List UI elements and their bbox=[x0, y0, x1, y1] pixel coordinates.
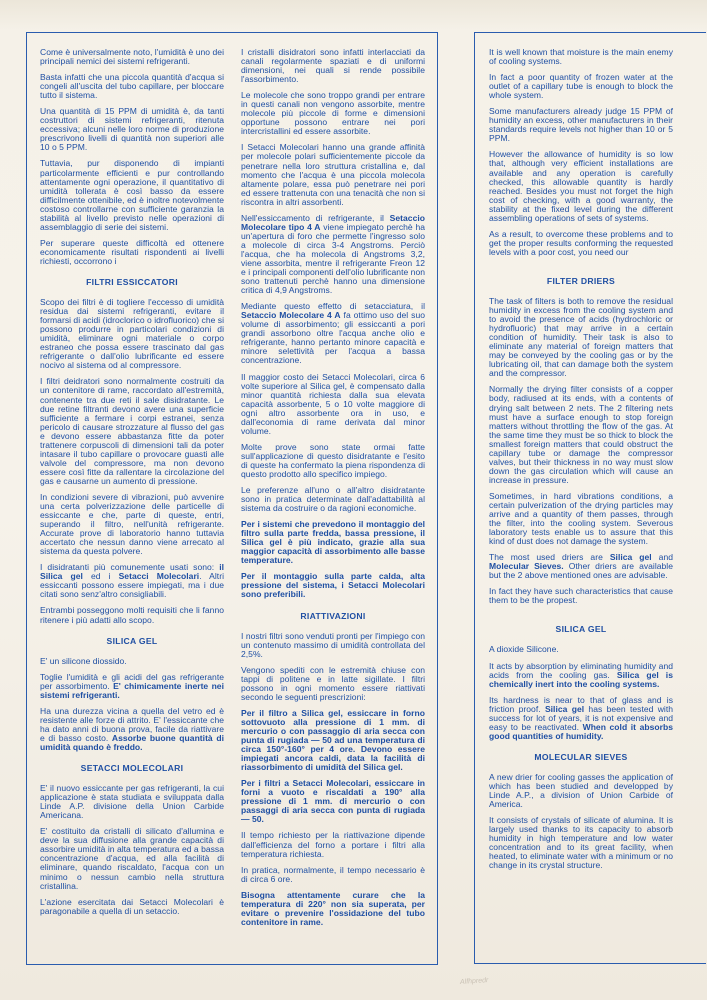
emphasis-text: Silica gel bbox=[610, 552, 652, 562]
paragraph: In pratica, normalmente, il tempo necess… bbox=[241, 866, 425, 884]
paragraph: I cristalli disidratori sono infatti int… bbox=[241, 48, 425, 84]
paragraph: Toglie l'umidità e gli acidi del gas ref… bbox=[40, 673, 224, 700]
paragraph: Le preferenze all'uno o all'altro disidr… bbox=[241, 486, 425, 513]
paragraph: In condizioni severe di vibrazioni, può … bbox=[40, 493, 224, 556]
paragraph: Tuttavia, pur disponendo di impianti par… bbox=[40, 159, 224, 231]
paragraph: E' costituito da cristalli di silicato d… bbox=[40, 827, 224, 890]
emphasis-text: Silica gel bbox=[545, 704, 584, 714]
paragraph: Vengono spediti con le estremità chiuse … bbox=[241, 666, 425, 702]
section-heading: SILICA GEL bbox=[40, 637, 224, 646]
emphasis-text: Assorbe buone quantità di umidità quando… bbox=[40, 733, 224, 752]
paragraph: Mediante questo effetto di setacciatura,… bbox=[241, 302, 425, 365]
paragraph: I nostri filtri sono venduti pronti per … bbox=[241, 632, 425, 659]
paragraph: Una quantità di 15 PPM di umidità è, da … bbox=[40, 107, 224, 152]
paragraph: Entrambi posseggono molti requisiti che … bbox=[40, 606, 224, 624]
section-heading: FILTER DRIERS bbox=[489, 277, 673, 286]
section-heading: SILICA GEL bbox=[489, 625, 673, 634]
paragraph: E' il nuovo essiccante per gas refrigera… bbox=[40, 784, 224, 820]
section-heading: MOLECULAR SIEVES bbox=[489, 753, 673, 762]
emphasis-text: Per il filtro a Silica gel, essiccare in… bbox=[241, 708, 425, 772]
paragraph: I Setacci Molecolari hanno una grande af… bbox=[241, 143, 425, 206]
paragraph: Normally the drying filter consists of a… bbox=[489, 385, 673, 485]
paragraph: Per il filtro a Silica gel, essiccare in… bbox=[241, 709, 425, 772]
paragraph: Its hardness is near to that of glass an… bbox=[489, 696, 673, 741]
paragraph: Sometimes, in hard vibrations conditions… bbox=[489, 492, 673, 546]
paragraph: Per superare queste difficoltà ed ottene… bbox=[40, 239, 224, 266]
paragraph: It acts by absorption by eliminating hum… bbox=[489, 662, 673, 689]
paragraph: Nell'essiccamento di refrigerante, il Se… bbox=[241, 214, 425, 295]
paragraph: A new drier for cooling gasses the appli… bbox=[489, 773, 673, 809]
italian-column-right: I cristalli disidratori sono infatti int… bbox=[241, 48, 425, 934]
emphasis-text: E' chimicamente inerte nei sistemi refri… bbox=[40, 681, 224, 700]
paragraph: Per il montaggio sulla parte calda, alta… bbox=[241, 572, 425, 599]
paragraph: Il maggior costo dei Setacci Molecolari,… bbox=[241, 373, 425, 436]
english-column: It is well known that moisture is the ma… bbox=[489, 48, 673, 877]
paragraph: It consists of crystals of silicate of a… bbox=[489, 816, 673, 870]
paragraph: The most used driers are Silica gel and … bbox=[489, 553, 673, 580]
paragraph: Le molecole che sono troppo grandi per e… bbox=[241, 91, 425, 136]
section-heading: RIATTIVAZIONI bbox=[241, 612, 425, 621]
emphasis-text: Silica gel is chemically inert into the … bbox=[489, 670, 673, 689]
italian-column-left: Come è universalmente noto, l'umidità è … bbox=[40, 48, 224, 923]
paragraph: In fact a poor quantity of frozen water … bbox=[489, 73, 673, 100]
section-heading: FILTRI ESSICCATORI bbox=[40, 278, 224, 287]
paragraph: Per i sistemi che prevedono il montaggio… bbox=[241, 520, 425, 565]
emphasis-text: Molecular Sieves. bbox=[489, 561, 564, 571]
paragraph: Il tempo richiesto per la riattivazione … bbox=[241, 831, 425, 858]
emphasis-text: Setaccio Molecolare tipo 4 A bbox=[241, 213, 425, 232]
paragraph: I disidratanti più comunemente usati son… bbox=[40, 563, 224, 599]
emphasis-text: Per i filtri a Setacci Molecolari, essic… bbox=[241, 778, 425, 824]
section-heading: SETACCI MOLECOLARI bbox=[40, 764, 224, 773]
paragraph: Scopo dei filtri è di togliere l'eccesso… bbox=[40, 298, 224, 370]
paragraph: It is well known that moisture is the ma… bbox=[489, 48, 673, 66]
paragraph: Some manufacturers already judge 15 PPM … bbox=[489, 107, 673, 143]
emphasis-text: Per il montaggio sulla parte calda, alta… bbox=[241, 571, 425, 599]
paragraph: Come è universalmente noto, l'umidità è … bbox=[40, 48, 224, 66]
emphasis-text: Per i sistemi che prevedono il montaggio… bbox=[241, 519, 425, 565]
paragraph: The task of filters is both to remove th… bbox=[489, 297, 673, 378]
paragraph: A dioxide Silicone. bbox=[489, 645, 673, 654]
paragraph: I filtri deidratori sono normalmente cos… bbox=[40, 377, 224, 486]
paragraph: Basta infatti che una piccola quantità d… bbox=[40, 73, 224, 100]
paragraph: Per i filtri a Setacci Molecolari, essic… bbox=[241, 779, 425, 824]
paragraph: As a result, to overcome these problems … bbox=[489, 230, 673, 257]
paragraph: Molte prove sono state ormai fatte sull'… bbox=[241, 443, 425, 479]
emphasis-text: Bisogna attentamente curare che la tempe… bbox=[241, 890, 425, 927]
paragraph: However the allowance of humidity is so … bbox=[489, 150, 673, 222]
emphasis-text: Setaccio Molecolare 4 A bbox=[241, 310, 341, 320]
emphasis-text: Setacci Molecolari bbox=[119, 571, 200, 581]
paragraph: L'azione esercitata dai Setacci Molecola… bbox=[40, 898, 224, 916]
paragraph: Ha una durezza vicina a quella del vetro… bbox=[40, 707, 224, 752]
paragraph: Bisogna attentamente curare che la tempe… bbox=[241, 891, 425, 927]
paragraph: E' un silicone diossido. bbox=[40, 657, 224, 666]
emphasis-text: When cold it absorbs good quantities of … bbox=[489, 722, 673, 741]
paragraph: In fact they have such characteristics t… bbox=[489, 587, 673, 605]
